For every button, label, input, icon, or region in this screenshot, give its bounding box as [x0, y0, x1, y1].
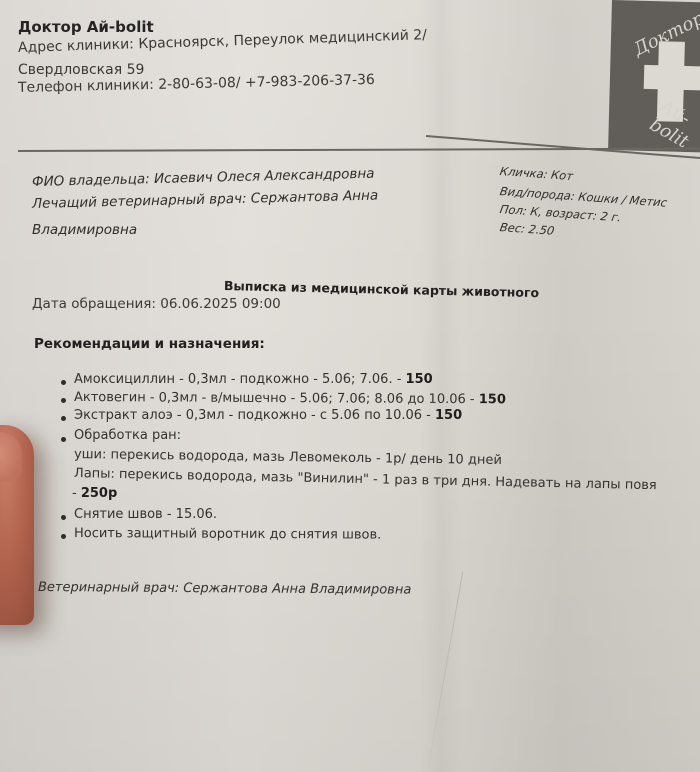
list-item: Экстракт алоэ - 0,3мл - подкожно - с 5.0… — [74, 408, 462, 423]
prescription-text: Экстракт алоэ - 0,3мл - подкожно - с 5.0… — [74, 408, 435, 423]
list-item-detail: Лапы: перекись водорода, мазь "Винилин" … — [74, 466, 657, 493]
attending-vet-cont: Владимировна — [32, 222, 137, 238]
clinic-name: Доктор Ай-bolit — [18, 18, 154, 36]
vet-signature: Ветеринарный врач: Сержантова Анна Влади… — [38, 580, 411, 598]
list-item: Обработка ран: — [74, 428, 181, 443]
pet-weight: Вес: 2.50 — [499, 220, 556, 238]
bullet-icon — [61, 398, 66, 403]
prescription-text: Амоксициллин - 0,3мл - подкожно - 5.06; … — [74, 372, 406, 387]
prescription-price: 150 — [406, 372, 433, 387]
list-item-detail: - 250р — [72, 486, 117, 501]
prescription-text: Актовегин - 0,3мл - в/мышечно - 5.06; 7.… — [74, 390, 479, 407]
bullet-icon — [61, 437, 66, 442]
bullet-icon — [61, 515, 66, 520]
owner-name: ФИО владельца: Исаевич Олеся Александров… — [32, 166, 375, 190]
clinic-address-cont: Свердловская 59 — [18, 62, 144, 78]
prescription-price: 250р — [81, 486, 117, 501]
pet-nickname: Кличка: Кот — [499, 164, 574, 183]
section-title: Рекомендации и назначения: — [34, 336, 265, 352]
attending-vet: Лечащий ветеринарный врач: Сержантова Ан… — [32, 188, 379, 212]
prescription-price: 150 — [435, 408, 462, 423]
bullet-icon — [61, 380, 66, 385]
cross-icon-bar — [644, 65, 700, 91]
clinic-logo: Доктор Ай-bolit — [608, 0, 700, 153]
bullet-icon — [61, 534, 66, 539]
prescription-text: - — [72, 486, 81, 501]
list-item: Актовегин - 0,3мл - в/мышечно - 5.06; 7.… — [74, 390, 506, 407]
paper-crease — [428, 571, 464, 768]
visit-date: Дата обращения: 06.06.2025 09:00 — [32, 296, 281, 312]
list-item: Амоксициллин - 0,3мл - подкожно - 5.06; … — [74, 372, 433, 387]
bullet-icon — [61, 416, 66, 421]
prescription-price: 150 — [479, 392, 506, 407]
list-item: Снятие швов - 15.06. — [74, 507, 217, 522]
logo-text-bottom: Ай-bolit — [646, 96, 700, 153]
list-item: Носить защитный воротник до снятия швов. — [74, 526, 381, 543]
list-item-detail: уши: перекись водорода, мазь Левомеколь … — [74, 447, 502, 468]
